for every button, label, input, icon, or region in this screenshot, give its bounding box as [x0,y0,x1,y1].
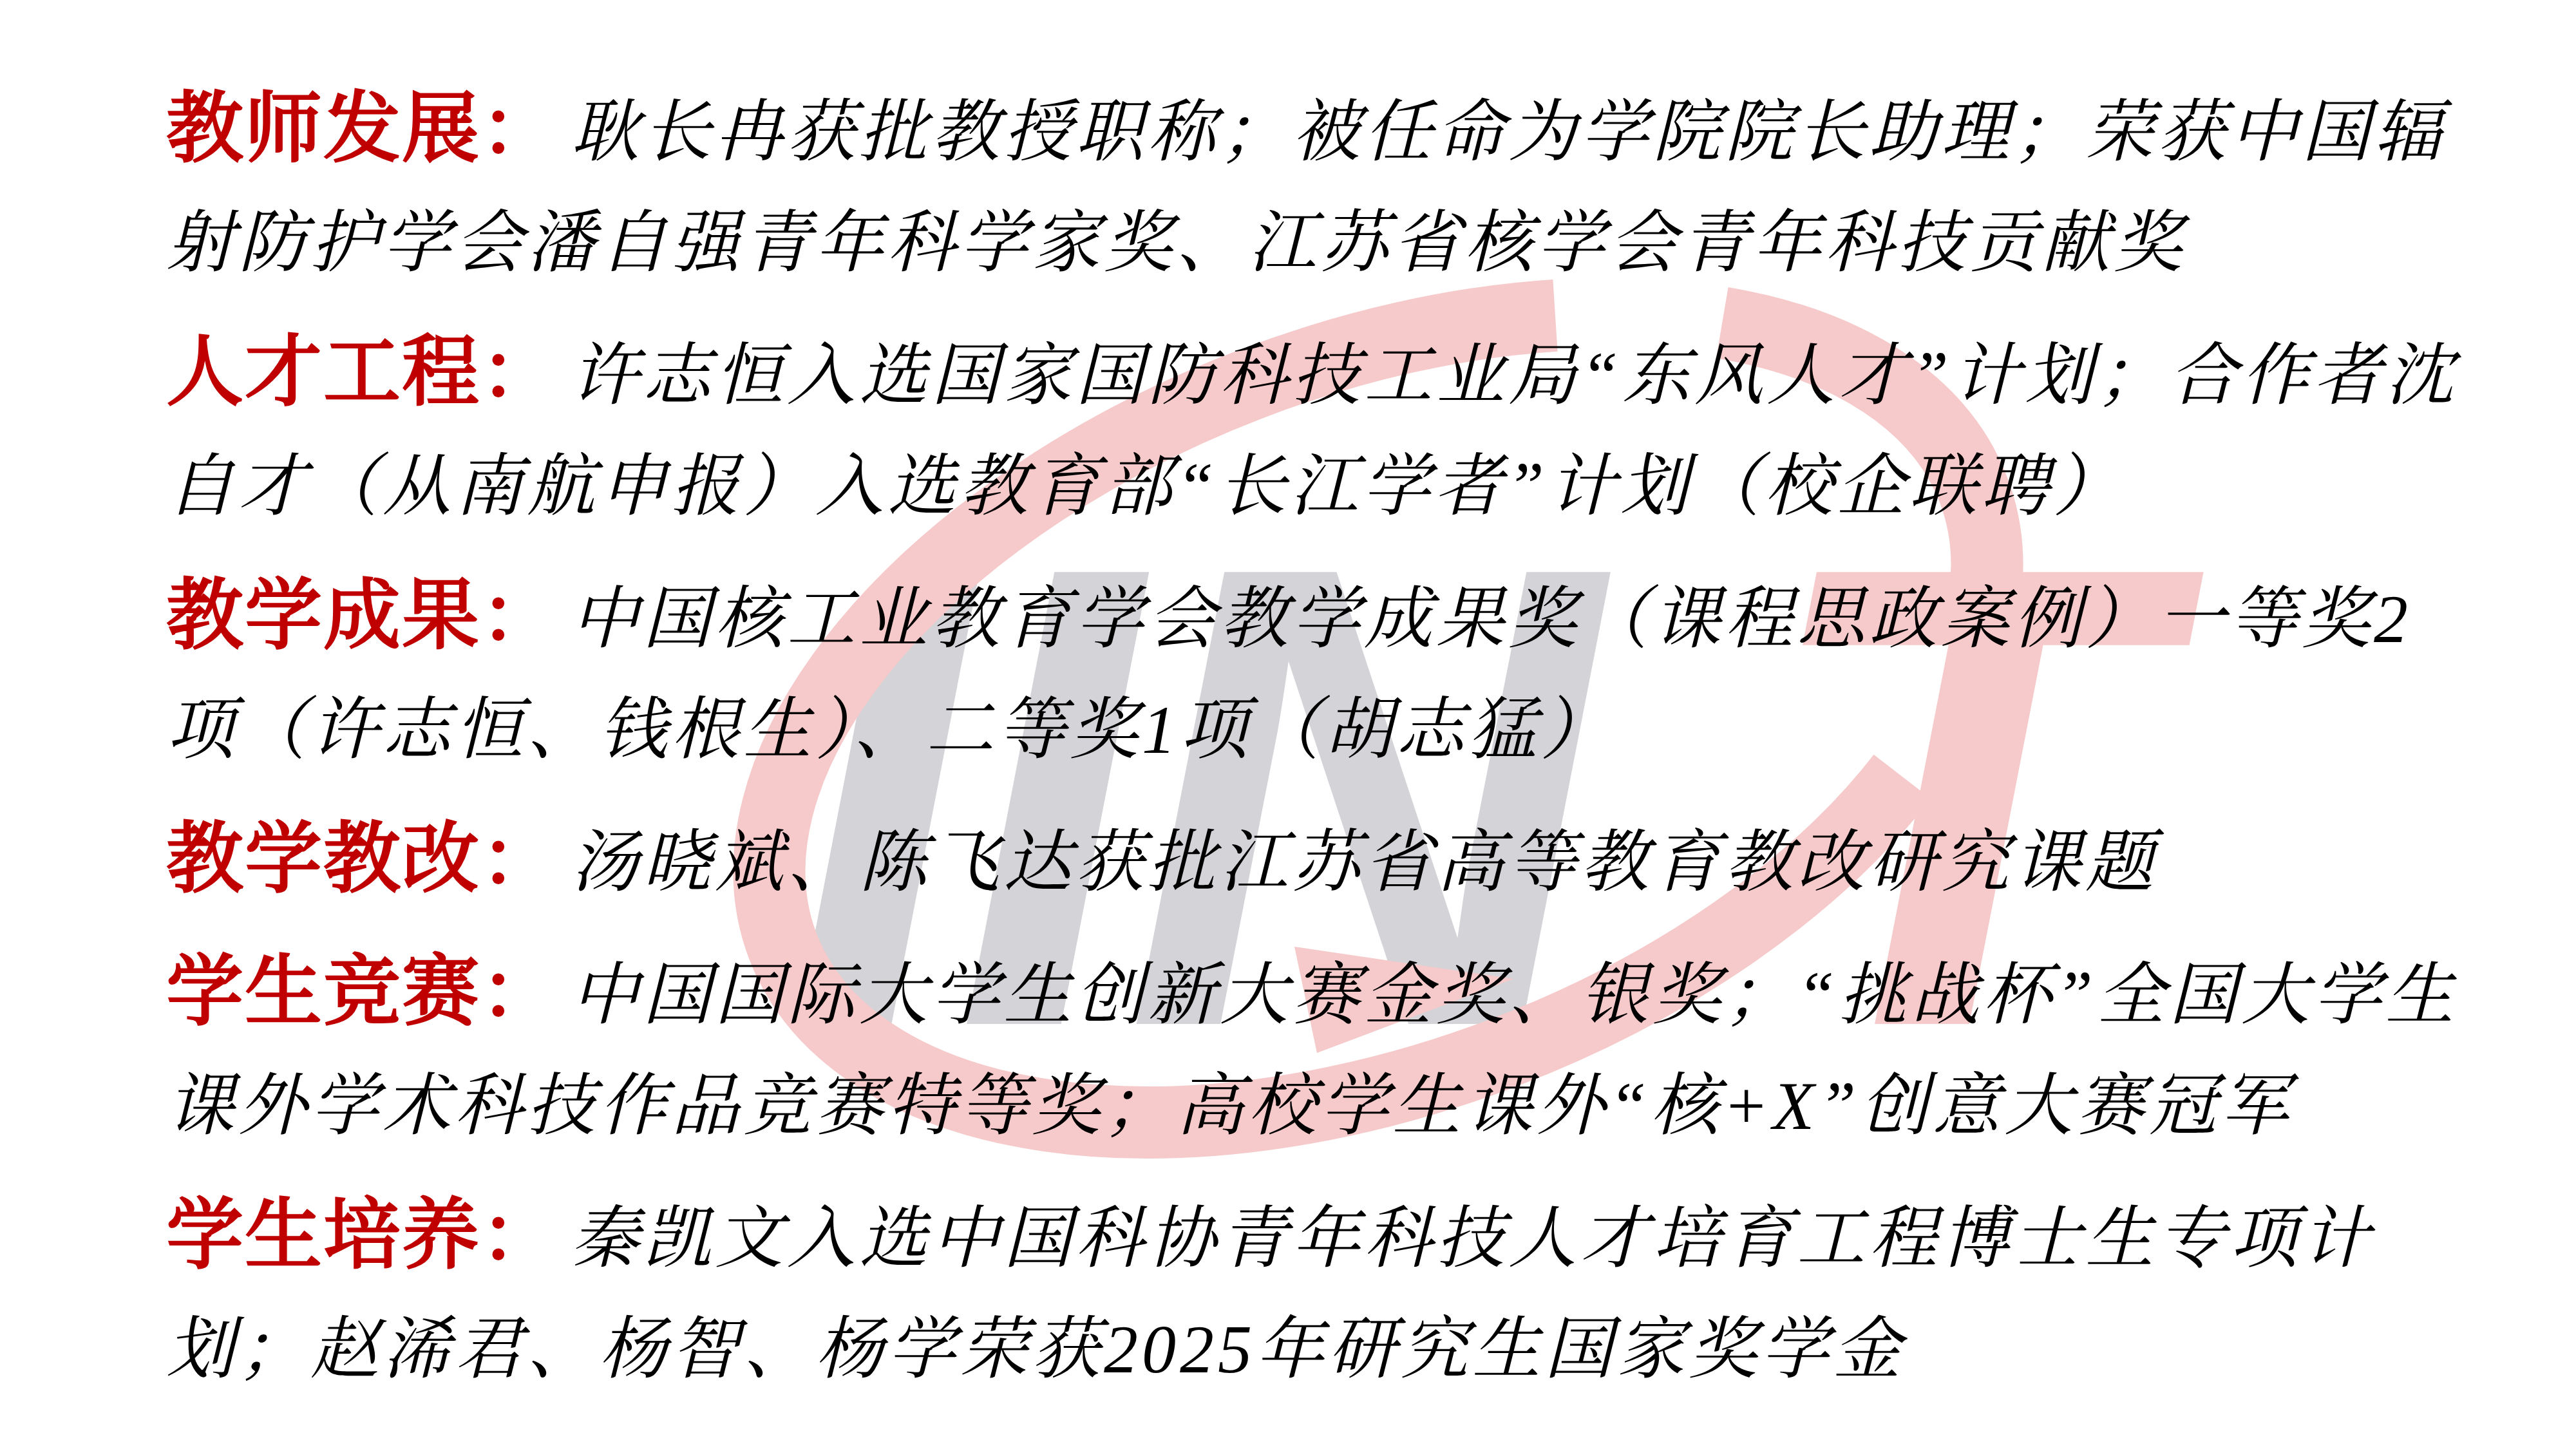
section-talent-programs: 人才工程：许志恒入选国家国防科技工业局“东风人才”计划；合作者沈自才（从南航申报… [166,321,2473,542]
section-teaching-achievements: 教学成果：中国核工业教育学会教学成果奖（课程思政案例）一等奖2项（许志恒、钱根生… [166,564,2473,786]
section-student-competitions: 学生竞赛：中国国际大学生创新大赛金奖、银奖；“挑战杯”全国大学生课外学术科技作品… [166,940,2473,1162]
section-teaching-reform: 教学教改：汤晓斌、陈飞达获批江苏省高等教育教改研究课题 [166,808,2473,918]
achievements-list: 教师发展：耿长冉获批教授职称；被任命为学院院长助理；荣获中国辐射防护学会潘自强青… [0,0,2576,1405]
section-text: 汤晓斌、陈飞达获批江苏省高等教育教改研究课题 [571,825,2157,900]
section-label: 学生培养： [166,1192,559,1278]
section-student-cultivation: 学生培养：秦凯文入选中国科协青年科技人才培育工程博士生专项计划；赵浠君、杨智、杨… [166,1184,2473,1405]
section-label: 教学成果： [166,573,559,659]
section-label: 教师发展： [166,86,559,172]
section-label: 学生竞赛： [166,949,559,1035]
slide-page: { "page": { "background": "#ffffff", "ac… [0,0,2576,1449]
section-label: 人才工程： [166,329,559,415]
section-teacher-development: 教师发展：耿长冉获批教授职称；被任命为学院院长助理；荣获中国辐射防护学会潘自强青… [166,77,2473,299]
section-label: 教学教改： [166,816,559,902]
